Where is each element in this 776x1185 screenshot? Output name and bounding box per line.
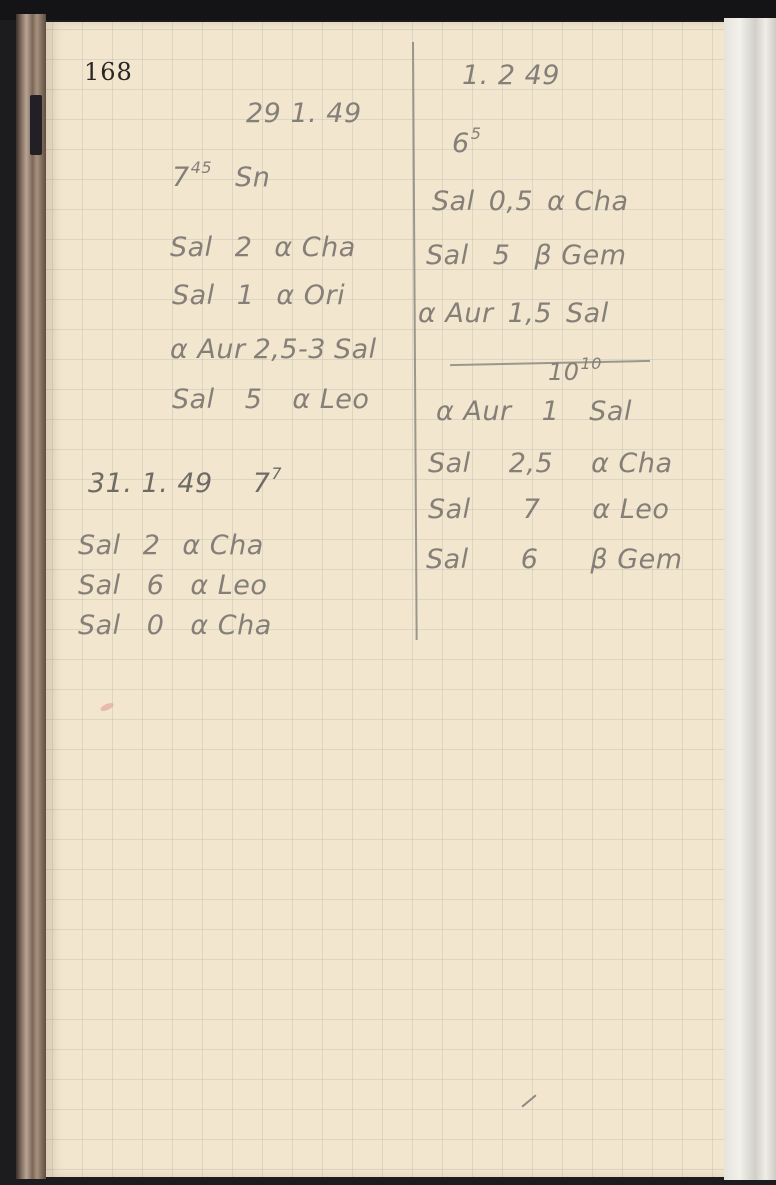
notebook-cover-top	[0, 0, 776, 20]
star-b: α Cha	[182, 530, 263, 561]
star-a: Sal	[170, 232, 213, 263]
star-b: α Cha	[274, 232, 355, 263]
observation-row: Sal 5 α Leo	[172, 384, 369, 415]
observation-row: α Aur 2,5-3 Sal	[170, 334, 377, 365]
estimate-value: 2,5-3	[254, 334, 326, 365]
star-b: α Cha	[591, 448, 672, 479]
entry-time: 77	[253, 468, 282, 499]
entry-date: 31. 1. 49	[88, 468, 213, 499]
estimate-value: 0,5	[489, 186, 533, 217]
star-a: Sal	[432, 186, 475, 217]
star-a: α Aur	[170, 334, 246, 365]
star-b: α Ori	[276, 280, 345, 311]
star-a: Sal	[78, 530, 121, 561]
star-a: Sal	[428, 448, 471, 479]
estimate-value: 2	[143, 530, 161, 561]
estimate-value: 7	[523, 494, 541, 525]
estimate-value: 2,5	[509, 448, 553, 479]
star-b: α Leo	[292, 384, 369, 415]
entry-date: 1. 2 49	[462, 60, 560, 91]
entry-date: 29 1. 49	[246, 98, 362, 129]
entry-label: Sn	[235, 162, 270, 193]
star-a: Sal	[172, 280, 215, 311]
entry-header: 31. 1. 49 77	[88, 468, 282, 499]
star-a: Sal	[426, 240, 469, 271]
estimate-value: 1,5	[508, 298, 552, 329]
observation-row: Sal 6 β Gem	[426, 544, 683, 575]
star-a: Sal	[428, 494, 471, 525]
observation-row: Sal 2,5 α Cha	[428, 448, 673, 479]
star-a: α Aur	[436, 396, 512, 427]
star-b: Sal	[566, 298, 609, 329]
observation-row: α Aur 1,5 Sal	[418, 298, 609, 329]
entry-time: 65	[452, 128, 481, 159]
estimate-value: 5	[493, 240, 511, 271]
bookmark-tab	[30, 95, 42, 155]
page-number: 168	[84, 58, 133, 86]
estimate-value: 2	[235, 232, 253, 263]
page-edges-stack	[16, 14, 46, 1179]
star-b: Sal	[589, 396, 632, 427]
star-a: Sal	[78, 570, 121, 601]
observation-row: Sal 7 α Leo	[428, 494, 669, 525]
estimate-value: 6	[521, 544, 539, 575]
star-b: Sal	[334, 334, 377, 365]
observation-row: Sal 0 α Cha	[78, 610, 272, 641]
entry-time-minute: 45	[191, 158, 212, 177]
star-b: β Gem	[590, 544, 682, 575]
star-a: Sal	[78, 610, 121, 641]
observation-row: α Aur 1 Sal	[436, 396, 632, 427]
star-b: β Gem	[534, 240, 626, 271]
estimate-value: 5	[245, 384, 263, 415]
star-b: α Cha	[190, 610, 271, 641]
star-b: α Leo	[190, 570, 267, 601]
observation-row: Sal 2 α Cha	[78, 530, 264, 561]
binding-gauze	[724, 18, 776, 1180]
star-a: α Aur	[418, 298, 494, 329]
estimate-value: 1	[237, 280, 255, 311]
estimate-value: 0	[147, 610, 165, 641]
estimate-value: 1	[542, 396, 560, 427]
observation-row: Sal 2 α Cha	[170, 232, 356, 263]
entry-time-hour: 7	[172, 162, 190, 193]
observation-row: Sal 6 α Leo	[78, 570, 267, 601]
star-b: α Cha	[547, 186, 628, 217]
star-b: α Leo	[592, 494, 669, 525]
estimate-value: 6	[147, 570, 165, 601]
star-a: Sal	[172, 384, 215, 415]
entry-time: 745 Sn	[172, 162, 270, 193]
star-a: Sal	[426, 544, 469, 575]
observation-row: Sal 5 β Gem	[426, 240, 627, 271]
observation-row: Sal 1 α Ori	[172, 280, 345, 311]
entry-time: 1010	[548, 358, 602, 386]
observation-row: Sal 0,5 α Cha	[432, 186, 629, 217]
